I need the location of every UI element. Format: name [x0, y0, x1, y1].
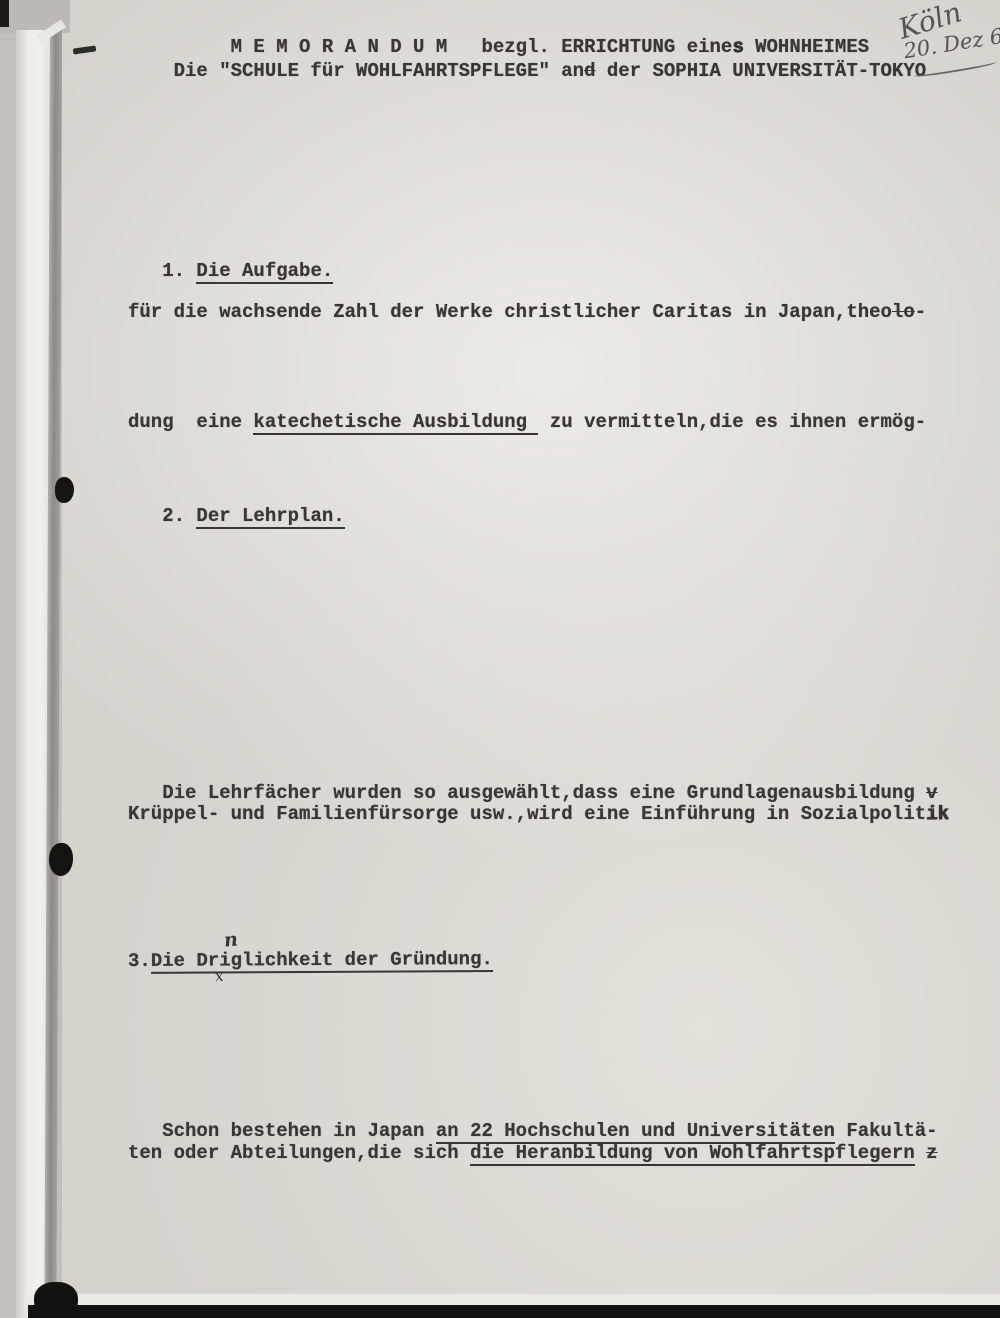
typed-text: für die wachsende Zahl der Werke christl… [128, 301, 892, 323]
document-line: 2. Der Lehrplan. [128, 505, 345, 527]
typed-text: 1. [128, 260, 196, 282]
typed-text: Die "SCHULE für WOHLFAHRTSPFLEGE" an [128, 60, 584, 82]
underlined-text: katechetische Ausbildung [253, 411, 538, 435]
document-line: M E M O R A N D U M bezgl. ERRICHTUNG ei… [128, 36, 926, 60]
typed-text: 2. [128, 505, 196, 527]
typed-text: ten oder Abteilungen,die sich [128, 1142, 470, 1164]
typed-text: dung eine [128, 411, 253, 433]
paragraph-lehrfaecher: Die Lehrfächer wurden so ausgewählt,dass… [128, 783, 949, 826]
typed-text: Schon bestehen in Japan [128, 1120, 436, 1142]
handwritten-insertion-caret: x [214, 967, 224, 986]
struck-text: lo [892, 301, 915, 323]
heading-die-aufgabe: 1. Die Aufgabe. [128, 260, 333, 282]
struck-text: d [584, 60, 595, 82]
heading-der-lehrplan: 2. Der Lehrplan. [128, 505, 345, 527]
document-line: Schon bestehen in Japan an 22 Hochschule… [128, 1121, 938, 1143]
document-line: Die Lehrfächer wurden so ausgewählt,dass… [128, 783, 949, 804]
memo-header: M E M O R A N D U M bezgl. ERRICHTUNG ei… [128, 36, 926, 83]
typed-text: Die Lehrfächer wurden so ausgewählt,dass… [128, 782, 926, 804]
document-line: 3.Die Driglichkeit der Gründung. [128, 948, 493, 972]
struck-text: z [926, 1142, 937, 1164]
typed-text: ik [926, 803, 949, 825]
typed-text: s [732, 36, 743, 58]
heading-dringlichkeit: 3.Die Driglichkeit der Gründung. [128, 948, 493, 972]
underlined-text: die Heranbildung von Wohlfahrtspflegern [470, 1142, 915, 1166]
document-line: 1. Die Aufgabe. [128, 260, 333, 282]
typed-text: - [915, 301, 926, 323]
underlined-text: an 22 Hochschulen und Universitäten [436, 1120, 835, 1144]
underlined-text: Der Lehrplan. [196, 505, 344, 529]
paragraph-aufgabe-1: für die wachsende Zahl der Werke christl… [128, 302, 926, 323]
paragraph-hochschulen: Schon bestehen in Japan an 22 Hochschule… [128, 1121, 938, 1164]
typed-text: M E M O R A N D U M bezgl. ERRICHTUNG ei… [128, 36, 732, 58]
typed-text: der SOPHIA UNIVERSITÄT-TOKYO [595, 60, 926, 82]
typed-text [915, 1142, 926, 1164]
document-line: Die "SCHULE für WOHLFAHRTSPFLEGE" and de… [128, 60, 926, 84]
struck-text: v [926, 782, 937, 804]
document-line: Krüppel- und Familienfürsorge usw.,wird … [128, 804, 949, 825]
typed-document-text: M E M O R A N D U M bezgl. ERRICHTUNG ei… [0, 0, 1000, 1318]
document-line: für die wachsende Zahl der Werke christl… [128, 302, 926, 323]
document-line: ten oder Abteilungen,die sich die Heranb… [128, 1143, 938, 1165]
typed-text: WOHNHEIMES [744, 36, 869, 58]
underlined-text: Die Driglichkeit der Gründung. [151, 948, 493, 974]
document-line: dung eine katechetische Ausbildung zu ve… [128, 412, 926, 433]
underlined-text: Die Aufgabe. [196, 260, 333, 284]
typed-text: Fakultä- [835, 1120, 938, 1142]
typed-text: zu vermitteln,die es ihnen ermög- [538, 411, 926, 433]
typed-text: Krüppel- und Familienfürsorge usw.,wird … [128, 803, 926, 825]
typed-text: 3. [128, 950, 151, 972]
scanned-memo-page: M E M O R A N D U M bezgl. ERRICHTUNG ei… [0, 0, 1000, 1318]
paragraph-aufgabe-2: dung eine katechetische Ausbildung zu ve… [128, 412, 926, 433]
handwritten-inserted-letter: n [223, 928, 239, 951]
